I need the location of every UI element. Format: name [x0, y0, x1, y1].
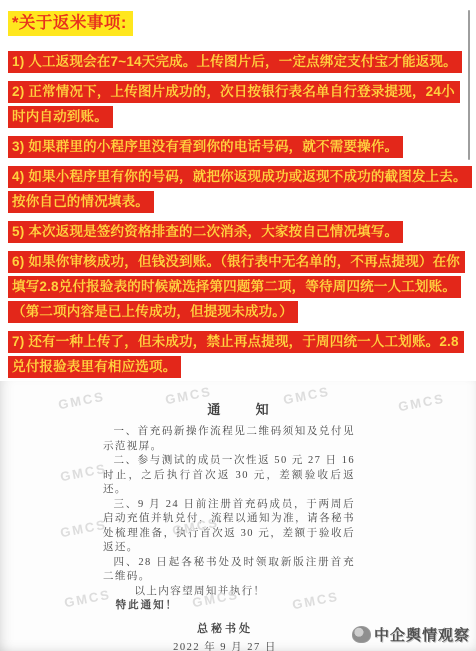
notice-signature-block: 总秘书处 2022 年 9 月 27 日 [150, 620, 300, 651]
annotation-item-5: 5) 本次返现是签约资格排查的二次消杀，大家按自己情况填写。 [8, 219, 468, 244]
notice-paragraph-2: 二、参与测试的成员一次性返 50 元 27 日 16 时止，之后执行首次返 30… [103, 454, 355, 498]
brand-logo-icon [352, 626, 371, 643]
brand-watermark: 中企舆情观察 [352, 624, 470, 645]
watermark-text: GMCS [59, 517, 108, 541]
annotation-item-1: 1) 人工返现会在7~14天完成。上传图片后，一定点绑定支付宝才能返现。 [8, 49, 468, 74]
annotation-heading-text: *关于返米事项: [8, 11, 133, 36]
notice-paragraph-1: 一、首充码新操作流程见二维码须知及兑付见示范视屏。 [103, 425, 355, 454]
annotation-item-3: 3) 如果群里的小程序里没有看到你的电话号码，就不需要操作。 [8, 134, 468, 159]
notice-signature: 总秘书处 [150, 620, 300, 636]
notice-closing-wish: 以上内容望周知并执行！ [103, 585, 355, 600]
annotation-item-6: 6) 如果你审核成功，但钱没到账。（银行表中无名单的，不再点提现）在你填写2.8… [8, 249, 468, 324]
brand-name: 中企舆情观察 [374, 624, 470, 645]
notice-closing-final: 特此通知！ [103, 599, 355, 614]
annotation-item-7: 7) 还有一种上传了，但未成功，禁止再点提现，于周四统一人工划账。2.8兑付报验… [8, 329, 468, 379]
notice-body: 一、首充码新操作流程见二维码须知及兑付见示范视屏。 二、参与测试的成员一次性返 … [103, 425, 355, 614]
scrollbar-thumb[interactable] [468, 10, 470, 160]
annotation-item-2: 2) 正常情况下，上传图片成功的，次日按银行表名单自行登录提现，24小时内自动到… [8, 79, 468, 129]
annotation-item-4: 4) 如果小程序里有你的号码，就把你返现成功或返现不成功的截图发上去。按你自己的… [8, 164, 468, 214]
annotation-heading: *关于返米事项: [8, 10, 468, 37]
watermark-text: GMCS [59, 461, 108, 485]
notice-title: 通 知 [0, 399, 476, 418]
annotation-section: *关于返米事项: 1) 人工返现会在7~14天完成。上传图片后，一定点绑定支付宝… [0, 0, 476, 379]
notice-paragraph-3: 三、9 月 24 日前注册首充码成员，于两周后启动充值并轨兑付，流程以通知为准，… [103, 498, 355, 556]
notice-paragraph-4: 四、28 日起各秘书处及时领取新版注册首充二维码。 [103, 556, 355, 585]
notice-date: 2022 年 9 月 27 日 [150, 639, 300, 651]
notice-photo: GMCS GMCS GMCS GMCS GMCS GMCS GMCS GMCS … [0, 381, 476, 651]
